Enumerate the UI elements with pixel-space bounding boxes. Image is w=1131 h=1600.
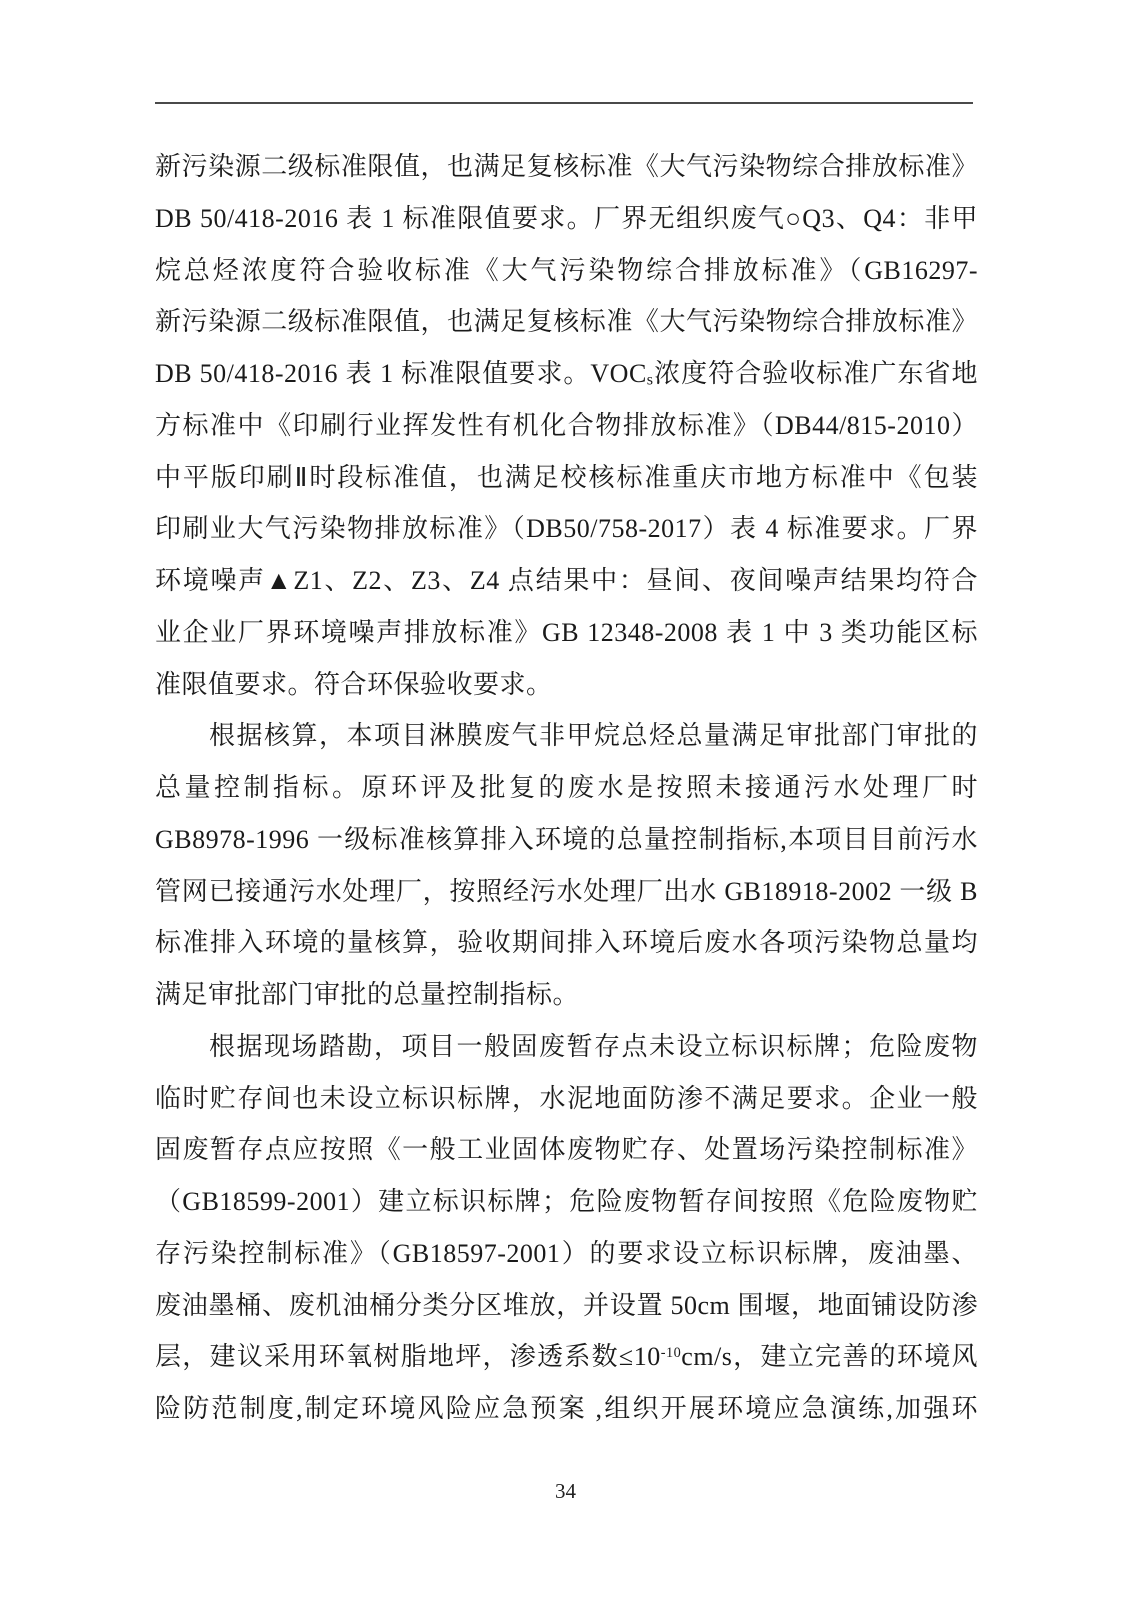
text-block: 新污染源二级标准限值，也满足复核标准《大气污染物综合排放标准》DB 50/418… [155,141,978,1435]
text-line: 新污染源二级标准限值，也满足复核标准《大气污染物综合排放标准》 [155,141,978,193]
document-page: 新污染源二级标准限值，也满足复核标准《大气污染物综合排放标准》DB 50/418… [0,0,1131,1600]
text-line: 临时贮存间也未设立标识标牌，水泥地面防渗不满足要求。企业一般 [155,1073,978,1125]
text-line: DB 50/418-2016 表 1 标准限值要求。厂界无组织废气○Q3、Q4：… [155,193,978,245]
text-line: DB 50/418-2016 表 1 标准限值要求。VOCs浓度符合验收标准广东… [155,348,978,400]
text-line: 环境噪声▲Z1、Z2、Z3、Z4 点结果中：昼间、夜间噪声结果均符合《工 [155,555,978,607]
text-line: 管网已接通污水处理厂，按照经污水处理厂出水 GB18918-2002 一级 B [155,866,978,918]
text-line: 存污染控制标准》（GB18597-2001）的要求设立标识标牌，废油墨、 [155,1228,978,1280]
text-line: 准限值要求。符合环保验收要求。 [155,659,978,711]
text-line: 总量控制指标。原环评及批复的废水是按照未接通污水处理厂时 [155,762,978,814]
text-line: 印刷业大气污染物排放标准》（DB50/758-2017）表 4 标准要求。厂界 [155,503,978,555]
text-line: 烷总烃浓度符合验收标准《大气污染物综合排放标准》（GB16297-1996） [155,245,978,297]
text-line: 根据核算，本项目淋膜废气非甲烷总烃总量满足审批部门审批的 [155,710,978,762]
text-line: 新污染源二级标准限值，也满足复核标准《大气污染物综合排放标准》 [155,296,978,348]
text-line: （GB18599-2001）建立标识标牌；危险废物暂存间按照《危险废物贮 [155,1176,978,1228]
page-number: 34 [0,1478,1131,1504]
text-line: 固废暂存点应按照《一般工业固体废物贮存、处置场污染控制标准》 [155,1124,978,1176]
superscript-text: -10 [661,1345,682,1361]
text-line: 层，建议采用环氧树脂地坪，渗透系数≤10-10cm/s，建立完善的环境风 [155,1331,978,1383]
text-line: 中平版印刷Ⅱ时段标准值，也满足校核标准重庆市地方标准中《包装 [155,452,978,504]
text-line: 业企业厂界环境噪声排放标准》GB 12348-2008 表 1 中 3 类功能区… [155,607,978,659]
text-line: 方标准中《印刷行业挥发性有机化合物排放标准》（DB44/815-2010） [155,400,978,452]
text-line: 险防范制度,制定环境风险应急预案 ,组织开展环境应急演练,加强环 [155,1383,978,1435]
text-line: 满足审批部门审批的总量控制指标。 [155,969,978,1021]
text-line: 根据现场踏勘，项目一般固废暂存点未设立标识标牌；危险废物 [155,1021,978,1073]
text-line: 标准排入环境的量核算，验收期间排入环境后废水各项污染物总量均 [155,917,978,969]
text-line: 废油墨桶、废机油桶分类分区堆放，并设置 50cm 围堰，地面铺设防渗 [155,1280,978,1332]
subscript-text: s [647,371,654,388]
text-line: GB8978-1996 一级标准核算排入环境的总量控制指标,本项目目前污水 [155,814,978,866]
header-rule [155,102,973,104]
